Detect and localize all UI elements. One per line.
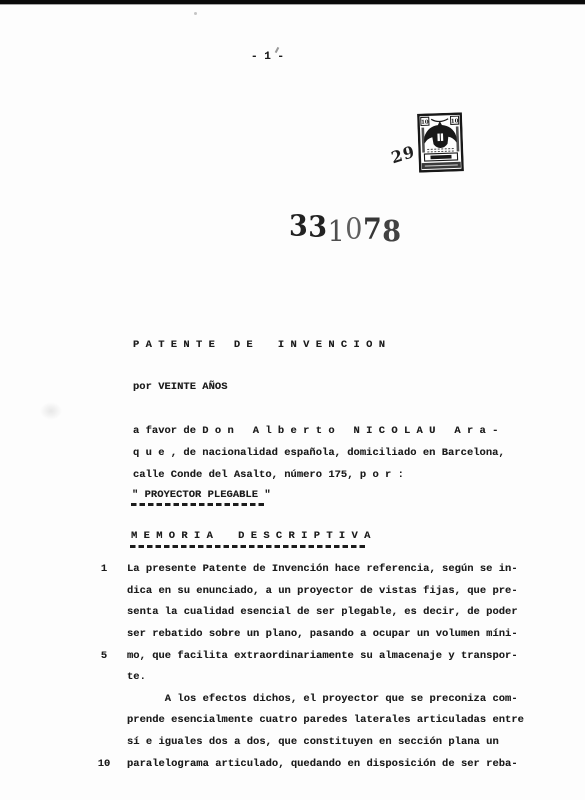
body-line: te.: [93, 667, 563, 689]
invention-title-underline: [131, 503, 267, 506]
body-text: prende esencialmente cuatro paredes late…: [127, 710, 524, 732]
body-line: senta la cualidad esencial de ser plegab…: [93, 602, 563, 624]
patent-heading: P A T E N T E D E I N V E N C I O N: [133, 339, 385, 351]
serial-digit: 3: [308, 211, 327, 244]
grantee-line: q u e , de nacionalidad española, domici…: [133, 442, 505, 464]
serial-digit: 3: [289, 210, 308, 243]
serial-digit: 7: [363, 213, 382, 246]
serial-digit: 8: [382, 215, 401, 248]
memoria-heading: M E M O R I A D E S C R I P T I V A: [131, 530, 370, 542]
grantee-line: calle Conde del Asalto, número 175, p o …: [133, 464, 505, 486]
handwritten-number: 29: [389, 142, 417, 168]
description-body: 1 La presente Patente de Invención hace …: [93, 559, 563, 775]
scanned-patent-page: - 1 - 10 10 29 331078 P A T E N T E D E …: [0, 0, 585, 800]
body-text: La presente Patente de Invención hace re…: [127, 559, 518, 581]
body-text: senta la cualidad esencial de ser plegab…: [127, 602, 518, 624]
grantee-line: a favor de D o n A l b e r t o N I C O L…: [133, 420, 505, 442]
serial-digit: 1: [328, 215, 346, 248]
invention-title: " PROYECTOR PLEGABLE ": [132, 489, 271, 501]
body-text: ser rebatido sobre un plano, pasando a o…: [127, 624, 518, 646]
body-line: sí e iguales dos a dos, que constituyen …: [93, 732, 563, 754]
line-number: 10: [93, 754, 115, 776]
grantee-paragraph: a favor de D o n A l b e r t o N I C O L…: [133, 420, 505, 486]
revenue-stamp-icon: 10 10: [417, 112, 464, 173]
body-line: prende esencialmente cuatro paredes late…: [93, 710, 563, 732]
page-number: - 1 -: [251, 51, 284, 63]
body-text: mo, que facilita extraordinariamente su …: [127, 646, 518, 668]
line-number: 5: [93, 646, 115, 668]
stamp-denomination-left: 10: [421, 120, 429, 126]
memoria-heading-underline: [130, 545, 366, 548]
body-line: 10 paralelograma articulado, quedando en…: [93, 754, 563, 776]
patent-duration: por VEINTE AÑOS: [133, 381, 228, 393]
scan-edge-artifact: [0, 0, 585, 4]
body-line: 5 mo, que facilita extraordinariamente s…: [93, 646, 563, 668]
scan-speck: [194, 12, 197, 15]
stamp-denomination-right: 10: [451, 119, 459, 125]
line-number: 1: [93, 559, 115, 581]
body-text: A los efectos dichos, el proyector que s…: [127, 689, 518, 711]
body-text: te.: [127, 667, 146, 689]
patent-serial-number: 331078: [289, 210, 402, 243]
body-text: dica en su enunciado, a un proyector de …: [127, 581, 518, 603]
body-line: 1 La presente Patente de Invención hace …: [93, 559, 563, 581]
body-line: A los efectos dichos, el proyector que s…: [93, 689, 563, 711]
scan-smudge: [40, 402, 62, 420]
body-line: dica en su enunciado, a un proyector de …: [93, 581, 563, 603]
body-text: paralelograma articulado, quedando en di…: [127, 754, 518, 776]
body-line: ser rebatido sobre un plano, pasando a o…: [93, 624, 563, 646]
body-text: sí e iguales dos a dos, que constituyen …: [127, 732, 499, 754]
serial-digit: 0: [345, 213, 363, 246]
